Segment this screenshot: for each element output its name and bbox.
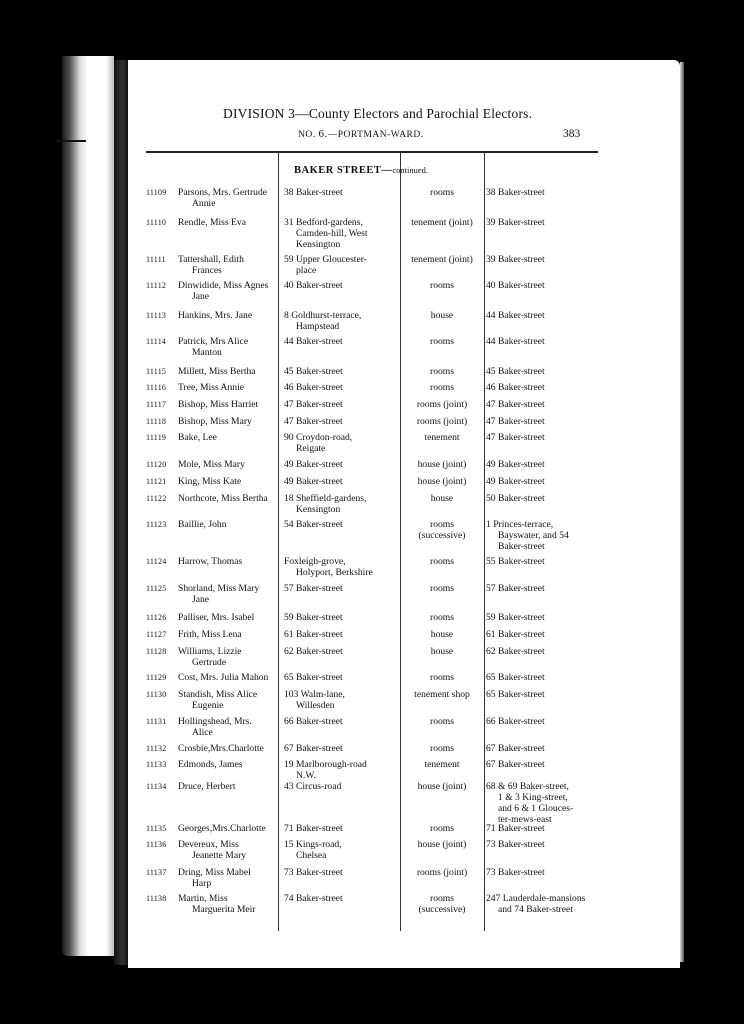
header-rule xyxy=(146,151,598,153)
place-of-abode-line: 66 Baker-street xyxy=(284,716,398,727)
elector-number: 11121 xyxy=(146,476,178,487)
qualification-line: rooms xyxy=(400,280,484,291)
qualifying-property: 71 Baker-street xyxy=(486,823,606,834)
elector-name: Bake, Lee xyxy=(178,432,278,443)
place-of-abode-line: Camden-hill, West xyxy=(284,228,398,239)
qualification-line: house (joint) xyxy=(400,839,484,850)
place-of-abode-line: Holyport, Berkshire xyxy=(284,567,398,578)
place-of-abode-line: 8 Goldhurst-terrace, xyxy=(284,310,398,321)
elector-name-line: Jane xyxy=(178,291,278,302)
elector-name-line: Gertrude xyxy=(178,657,278,668)
qualification: rooms xyxy=(400,612,484,623)
qualification: tenement (joint) xyxy=(400,254,484,265)
qualifying-property: 44 Baker-street xyxy=(486,310,606,321)
place-of-abode: 47 Baker-street xyxy=(284,399,398,410)
elector-name-line: Eugenie xyxy=(178,700,278,711)
qualifying-property: 65 Baker-street xyxy=(486,689,606,700)
place-of-abode: 43 Circus-road xyxy=(284,781,398,792)
place-of-abode: 74 Baker-street xyxy=(284,893,398,904)
elector-number: 11118 xyxy=(146,416,178,427)
place-of-abode: 71 Baker-street xyxy=(284,823,398,834)
qualification: rooms xyxy=(400,382,484,393)
column-divider xyxy=(400,153,401,931)
place-of-abode: 8 Goldhurst-terrace,Hampstead xyxy=(284,310,398,332)
qualifying-property-line: 62 Baker-street xyxy=(486,646,606,657)
elector-name-line: Manton xyxy=(178,347,278,358)
place-of-abode-line: 61 Baker-street xyxy=(284,629,398,640)
elector-name-line: Bake, Lee xyxy=(178,432,278,443)
qualifying-property-line: Bayswater, and 54 xyxy=(486,530,606,541)
elector-name: Patrick, Mrs AliceManton xyxy=(178,336,278,358)
elector-name: Dinwidide, Miss AgnesJane xyxy=(178,280,278,302)
qualifying-property: 38 Baker-street xyxy=(486,187,606,198)
elector-number: 11114 xyxy=(146,336,178,347)
qualification-line: rooms xyxy=(400,893,484,904)
qualifying-property-line: 65 Baker-street xyxy=(486,689,606,700)
qualification-line: tenement shop xyxy=(400,689,484,700)
place-of-abode-line: place xyxy=(284,265,398,276)
elector-name: Northcote, Miss Bertha xyxy=(178,493,278,504)
place-of-abode: Foxleigh-grove,Holyport, Berkshire xyxy=(284,556,398,578)
elector-name-line: Patrick, Mrs Alice xyxy=(178,336,278,347)
section-title: BAKER STREET— xyxy=(294,165,392,176)
qualifying-property-line: 71 Baker-street xyxy=(486,823,606,834)
qualifying-property: 73 Baker-street xyxy=(486,839,606,850)
place-of-abode: 49 Baker-street xyxy=(284,476,398,487)
qualifying-property: 40 Baker-street xyxy=(486,280,606,291)
elector-name-line: Crosbie,Mrs.Charlotte xyxy=(178,743,278,754)
place-of-abode: 49 Baker-street xyxy=(284,459,398,470)
qualification: rooms (joint) xyxy=(400,399,484,410)
place-of-abode-line: Kensington xyxy=(284,504,398,515)
place-of-abode: 40 Baker-street xyxy=(284,280,398,291)
elector-number: 11119 xyxy=(146,432,178,443)
elector-number: 11110 xyxy=(146,217,178,228)
elector-name-line: Millett, Miss Bertha xyxy=(178,366,278,377)
section-continued: continued. xyxy=(392,165,428,175)
place-of-abode-line: N.W. xyxy=(284,770,398,781)
place-of-abode: 66 Baker-street xyxy=(284,716,398,727)
qualifying-property-line: 247 Lauderdale-mansions xyxy=(486,893,606,904)
qualifying-property-line: 40 Baker-street xyxy=(486,280,606,291)
qualification-line: house (joint) xyxy=(400,781,484,792)
elector-name-line: Bishop, Miss Harriet xyxy=(178,399,278,410)
elector-number: 11115 xyxy=(146,366,178,377)
qualifying-property: 47 Baker-street xyxy=(486,399,606,410)
elector-name-line: Annie xyxy=(178,198,278,209)
elector-name: Bishop, Miss Harriet xyxy=(178,399,278,410)
qualifying-property-line: 73 Baker-street xyxy=(486,839,606,850)
qualifying-property: 247 Lauderdale-mansionsand 74 Baker-stre… xyxy=(486,893,606,915)
place-of-abode-line: 59 Upper Gloucester- xyxy=(284,254,398,265)
qualification-line: rooms xyxy=(400,187,484,198)
qualifying-property-line: 44 Baker-street xyxy=(486,336,606,347)
elector-number: 11138 xyxy=(146,893,178,904)
qualifying-property-line: 39 Baker-street xyxy=(486,254,606,265)
qualification: rooms (joint) xyxy=(400,867,484,878)
qualification: house xyxy=(400,493,484,504)
qualification: rooms xyxy=(400,823,484,834)
qualifying-property: 73 Baker-street xyxy=(486,867,606,878)
qualification-line: (successive) xyxy=(400,530,484,541)
place-of-abode: 47 Baker-street xyxy=(284,416,398,427)
qualifying-property: 67 Baker-street xyxy=(486,743,606,754)
qualification-line: rooms (joint) xyxy=(400,867,484,878)
qualification-line: rooms xyxy=(400,519,484,530)
qualifying-property-line: 66 Baker-street xyxy=(486,716,606,727)
qualifying-property-line: 1 Princes-terrace, xyxy=(486,519,606,530)
qualifying-property-line: 57 Baker-street xyxy=(486,583,606,594)
elector-name: Tattershall, EdithFrances xyxy=(178,254,278,276)
elector-name-line: Tattershall, Edith xyxy=(178,254,278,265)
elector-number: 11135 xyxy=(146,823,178,834)
elector-name: Devereux, MissJeanette Mary xyxy=(178,839,278,861)
qualification-line: tenement xyxy=(400,432,484,443)
qualifying-property-line: 73 Baker-street xyxy=(486,867,606,878)
elector-name: Tree, Miss Annie xyxy=(178,382,278,393)
elector-name-line: Palliser, Mrs. Isabel xyxy=(178,612,278,623)
elector-name-line: Parsons, Mrs. Gertrude xyxy=(178,187,278,198)
place-of-abode: 38 Baker-street xyxy=(284,187,398,198)
qualification-line: rooms xyxy=(400,823,484,834)
qualifying-property-line: 45 Baker-street xyxy=(486,366,606,377)
qualification: rooms xyxy=(400,672,484,683)
place-of-abode-line: 67 Baker-street xyxy=(284,743,398,754)
elector-name: Druce, Herbert xyxy=(178,781,278,792)
elector-name: Hankins, Mrs. Jane xyxy=(178,310,278,321)
elector-number: 11130 xyxy=(146,689,178,700)
place-of-abode-line: 47 Baker-street xyxy=(284,416,398,427)
place-of-abode-line: Reigate xyxy=(284,443,398,454)
qualification: house xyxy=(400,629,484,640)
place-of-abode: 65 Baker-street xyxy=(284,672,398,683)
place-of-abode-line: 44 Baker-street xyxy=(284,336,398,347)
qualification: rooms xyxy=(400,743,484,754)
qualification-line: tenement xyxy=(400,759,484,770)
place-of-abode: 67 Baker-street xyxy=(284,743,398,754)
elector-name: Crosbie,Mrs.Charlotte xyxy=(178,743,278,754)
elector-name-line: Shorland, Miss Mary xyxy=(178,583,278,594)
elector-name-line: Standish, Miss Alice xyxy=(178,689,278,700)
qualifying-property-line: 65 Baker-street xyxy=(486,672,606,683)
qualifying-property-line: 47 Baker-street xyxy=(486,432,606,443)
qualification-line: rooms (joint) xyxy=(400,399,484,410)
elector-name: Standish, Miss AliceEugenie xyxy=(178,689,278,711)
elector-name-line: King, Miss Kate xyxy=(178,476,278,487)
qualification: rooms (joint) xyxy=(400,416,484,427)
place-of-abode-line: Chelsea xyxy=(284,850,398,861)
elector-name: Frith, Miss Lena xyxy=(178,629,278,640)
qualifying-property: 62 Baker-street xyxy=(486,646,606,657)
elector-name-line: Northcote, Miss Bertha xyxy=(178,493,278,504)
place-of-abode: 31 Bedford-gardens,Camden-hill, WestKens… xyxy=(284,217,398,250)
elector-number: 11132 xyxy=(146,743,178,754)
qualification: rooms xyxy=(400,336,484,347)
qualifying-property-line: and 6 & 1 Glouces- xyxy=(486,803,606,814)
qualification-line: rooms xyxy=(400,583,484,594)
qualifying-property: 39 Baker-street xyxy=(486,217,606,228)
elector-name: Hollingshead, Mrs.Alice xyxy=(178,716,278,738)
elector-name: Bishop, Miss Mary xyxy=(178,416,278,427)
qualifying-property: 45 Baker-street xyxy=(486,366,606,377)
place-of-abode: 73 Baker-street xyxy=(284,867,398,878)
page-number: 383 xyxy=(563,128,580,140)
qualification: house (joint) xyxy=(400,459,484,470)
elector-number: 11137 xyxy=(146,867,178,878)
elector-number: 11133 xyxy=(146,759,178,770)
elector-number: 11127 xyxy=(146,629,178,640)
place-of-abode-line: 31 Bedford-gardens, xyxy=(284,217,398,228)
qualifying-property: 1 Princes-terrace,Bayswater, and 54Baker… xyxy=(486,519,606,552)
ward-number: 6. xyxy=(318,128,327,140)
qualifying-property: 39 Baker-street xyxy=(486,254,606,265)
place-of-abode-line: 40 Baker-street xyxy=(284,280,398,291)
elector-number: 11125 xyxy=(146,583,178,594)
qualification-line: house xyxy=(400,646,484,657)
place-of-abode: 103 Walm-lane,Willesden xyxy=(284,689,398,711)
elector-name: King, Miss Kate xyxy=(178,476,278,487)
qualifying-property-line: 50 Baker-street xyxy=(486,493,606,504)
elector-number: 11128 xyxy=(146,646,178,657)
qualification-line: rooms xyxy=(400,672,484,683)
place-of-abode-line: 15 Kings-road, xyxy=(284,839,398,850)
qualifying-property-line: 39 Baker-street xyxy=(486,217,606,228)
qualification-line: rooms xyxy=(400,366,484,377)
place-of-abode: 57 Baker-street xyxy=(284,583,398,594)
qualifying-property: 55 Baker-street xyxy=(486,556,606,567)
elector-number: 11120 xyxy=(146,459,178,470)
qualifying-property: 50 Baker-street xyxy=(486,493,606,504)
qualification: rooms xyxy=(400,187,484,198)
elector-number: 11134 xyxy=(146,781,178,792)
qualifying-property: 49 Baker-street xyxy=(486,459,606,470)
qualifying-property-line: 68 & 69 Baker-street, xyxy=(486,781,606,792)
qualifying-property-line: 38 Baker-street xyxy=(486,187,606,198)
ward-subtitle: NO. 6.—PORTMAN-WARD. xyxy=(298,128,424,140)
qualification-line: house xyxy=(400,310,484,321)
qualification: rooms(successive) xyxy=(400,519,484,541)
qualifying-property: 57 Baker-street xyxy=(486,583,606,594)
elector-name-line: Mole, Miss Mary xyxy=(178,459,278,470)
elector-name-line: Alice xyxy=(178,727,278,738)
qualification: house (joint) xyxy=(400,839,484,850)
elector-number: 11136 xyxy=(146,839,178,850)
qualification-line: rooms xyxy=(400,556,484,567)
qualification: tenement shop xyxy=(400,689,484,700)
place-of-abode-line: Foxleigh-grove, xyxy=(284,556,398,567)
place-of-abode-line: 54 Baker-street xyxy=(284,519,398,530)
elector-number: 11129 xyxy=(146,672,178,683)
place-of-abode-line: 65 Baker-street xyxy=(284,672,398,683)
place-of-abode-line: 49 Baker-street xyxy=(284,476,398,487)
qualifying-property-line: 49 Baker-street xyxy=(486,459,606,470)
elector-name-line: Harp xyxy=(178,878,278,889)
qualification: tenement xyxy=(400,759,484,770)
book-gutter xyxy=(114,60,128,965)
qualification: house (joint) xyxy=(400,781,484,792)
place-of-abode-line: 73 Baker-street xyxy=(284,867,398,878)
elector-name-line: Williams, Lizzie xyxy=(178,646,278,657)
place-of-abode-line: 46 Baker-street xyxy=(284,382,398,393)
elector-number: 11131 xyxy=(146,716,178,727)
qualifying-property: 47 Baker-street xyxy=(486,432,606,443)
place-of-abode: 90 Croydon-road,Reigate xyxy=(284,432,398,454)
elector-name-line: Jane xyxy=(178,594,278,605)
place-of-abode-line: 74 Baker-street xyxy=(284,893,398,904)
elector-name-line: Dinwidide, Miss Agnes xyxy=(178,280,278,291)
elector-name-line: Frith, Miss Lena xyxy=(178,629,278,640)
qualification: house (joint) xyxy=(400,476,484,487)
qualification-line: rooms xyxy=(400,382,484,393)
place-of-abode-line: 71 Baker-street xyxy=(284,823,398,834)
place-of-abode-line: 18 Sheffield-gardens, xyxy=(284,493,398,504)
elector-name-line: Baillie, John xyxy=(178,519,278,530)
page-title: DIVISION 3—County Electors and Parochial… xyxy=(223,106,532,122)
elector-number: 11122 xyxy=(146,493,178,504)
qualification-line: rooms (joint) xyxy=(400,416,484,427)
elector-name: Baillie, John xyxy=(178,519,278,530)
qualification-line: rooms xyxy=(400,336,484,347)
qualifying-property-line: 67 Baker-street xyxy=(486,743,606,754)
elector-number: 11117 xyxy=(146,399,178,410)
page-marker xyxy=(56,140,86,142)
elector-name-line: Druce, Herbert xyxy=(178,781,278,792)
elector-name-line: Bishop, Miss Mary xyxy=(178,416,278,427)
place-of-abode: 19 Marlborough-roadN.W. xyxy=(284,759,398,781)
place-of-abode: 46 Baker-street xyxy=(284,382,398,393)
page-right-edge xyxy=(680,62,684,962)
qualifying-property-line: 46 Baker-street xyxy=(486,382,606,393)
place-of-abode-line: 49 Baker-street xyxy=(284,459,398,470)
elector-name-line: Hankins, Mrs. Jane xyxy=(178,310,278,321)
elector-number: 11116 xyxy=(146,382,178,393)
elector-number: 11124 xyxy=(146,556,178,567)
ward-prefix: NO. xyxy=(298,130,316,140)
qualifying-property: 67 Baker-street xyxy=(486,759,606,770)
elector-name-line: Jeanette Mary xyxy=(178,850,278,861)
qualification: house xyxy=(400,310,484,321)
qualification-line: house xyxy=(400,629,484,640)
elector-name: Georges,Mrs.Charlotte xyxy=(178,823,278,834)
place-of-abode-line: 62 Baker-street xyxy=(284,646,398,657)
qualifying-property: 47 Baker-street xyxy=(486,416,606,427)
qualification: tenement xyxy=(400,432,484,443)
elector-number: 11123 xyxy=(146,519,178,530)
column-divider xyxy=(278,153,279,931)
qualification-line: tenement (joint) xyxy=(400,217,484,228)
qualification-line: house (joint) xyxy=(400,459,484,470)
elector-name-line: Martin, Miss xyxy=(178,893,278,904)
place-of-abode: 61 Baker-street xyxy=(284,629,398,640)
elector-name-line: Frances xyxy=(178,265,278,276)
qualifying-property-line: 61 Baker-street xyxy=(486,629,606,640)
qualifying-property-line: 55 Baker-street xyxy=(486,556,606,567)
place-of-abode-line: 57 Baker-street xyxy=(284,583,398,594)
elector-name-line: Devereux, Miss xyxy=(178,839,278,850)
qualifying-property-line: and 74 Baker-street xyxy=(486,904,606,915)
elector-name: Parsons, Mrs. GertrudeAnnie xyxy=(178,187,278,209)
place-of-abode-line: 45 Baker-street xyxy=(284,366,398,377)
qualifying-property: 59 Baker-street xyxy=(486,612,606,623)
elector-name-line: Tree, Miss Annie xyxy=(178,382,278,393)
qualification: house xyxy=(400,646,484,657)
qualifying-property: 46 Baker-street xyxy=(486,382,606,393)
elector-name: Cost, Mrs. Julia Mahon xyxy=(178,672,278,683)
elector-name: Mole, Miss Mary xyxy=(178,459,278,470)
elector-name: Dring, Miss MabelHarp xyxy=(178,867,278,889)
qualification: rooms xyxy=(400,583,484,594)
qualifying-property: 66 Baker-street xyxy=(486,716,606,727)
column-divider xyxy=(484,153,485,931)
qualification: rooms xyxy=(400,280,484,291)
section-heading: BAKER STREET—continued. xyxy=(294,165,428,176)
left-page-edge xyxy=(62,56,114,956)
elector-name: Martin, MissMarguerita Meir xyxy=(178,893,278,915)
qualification-line: rooms xyxy=(400,743,484,754)
elector-number: 11126 xyxy=(146,612,178,623)
qualification-line: house xyxy=(400,493,484,504)
qualification: tenement (joint) xyxy=(400,217,484,228)
place-of-abode-line: 90 Croydon-road, xyxy=(284,432,398,443)
place-of-abode-line: 103 Walm-lane, xyxy=(284,689,398,700)
elector-name-line: Marguerita Meir xyxy=(178,904,278,915)
qualifying-property: 68 & 69 Baker-street,1 & 3 King-street,a… xyxy=(486,781,606,825)
place-of-abode: 62 Baker-street xyxy=(284,646,398,657)
qualifying-property-line: Baker-street xyxy=(486,541,606,552)
qualifying-property-line: 44 Baker-street xyxy=(486,310,606,321)
place-of-abode-line: Kensington xyxy=(284,239,398,250)
elector-name: Rendle, Miss Eva xyxy=(178,217,278,228)
place-of-abode: 54 Baker-street xyxy=(284,519,398,530)
qualifying-property-line: 1 & 3 King-street, xyxy=(486,792,606,803)
elector-name-line: Edmonds, James xyxy=(178,759,278,770)
qualifying-property-line: 47 Baker-street xyxy=(486,416,606,427)
elector-name-line: Harrow, Thomas xyxy=(178,556,278,567)
place-of-abode: 59 Upper Gloucester-place xyxy=(284,254,398,276)
qualifying-property: 49 Baker-street xyxy=(486,476,606,487)
qualification: rooms xyxy=(400,556,484,567)
elector-name-line: Rendle, Miss Eva xyxy=(178,217,278,228)
place-of-abode: 59 Baker-street xyxy=(284,612,398,623)
place-of-abode: 44 Baker-street xyxy=(284,336,398,347)
place-of-abode-line: Willesden xyxy=(284,700,398,711)
qualification-line: (successive) xyxy=(400,904,484,915)
elector-name: Williams, LizzieGertrude xyxy=(178,646,278,668)
qualification-line: rooms xyxy=(400,716,484,727)
qualifying-property: 61 Baker-street xyxy=(486,629,606,640)
place-of-abode-line: Hampstead xyxy=(284,321,398,332)
elector-name: Harrow, Thomas xyxy=(178,556,278,567)
place-of-abode-line: 43 Circus-road xyxy=(284,781,398,792)
qualification-line: tenement (joint) xyxy=(400,254,484,265)
elector-number: 11113 xyxy=(146,310,178,321)
qualifying-property-line: 47 Baker-street xyxy=(486,399,606,410)
qualifying-property: 65 Baker-street xyxy=(486,672,606,683)
elector-name-line: Dring, Miss Mabel xyxy=(178,867,278,878)
place-of-abode: 45 Baker-street xyxy=(284,366,398,377)
elector-number: 11111 xyxy=(146,254,178,265)
place-of-abode-line: 59 Baker-street xyxy=(284,612,398,623)
elector-name: Shorland, Miss MaryJane xyxy=(178,583,278,605)
elector-name-line: Hollingshead, Mrs. xyxy=(178,716,278,727)
elector-number: 11109 xyxy=(146,187,178,198)
place-of-abode-line: 19 Marlborough-road xyxy=(284,759,398,770)
qualifying-property-line: 49 Baker-street xyxy=(486,476,606,487)
place-of-abode-line: 38 Baker-street xyxy=(284,187,398,198)
elector-name: Millett, Miss Bertha xyxy=(178,366,278,377)
elector-name: Edmonds, James xyxy=(178,759,278,770)
qualification-line: house (joint) xyxy=(400,476,484,487)
